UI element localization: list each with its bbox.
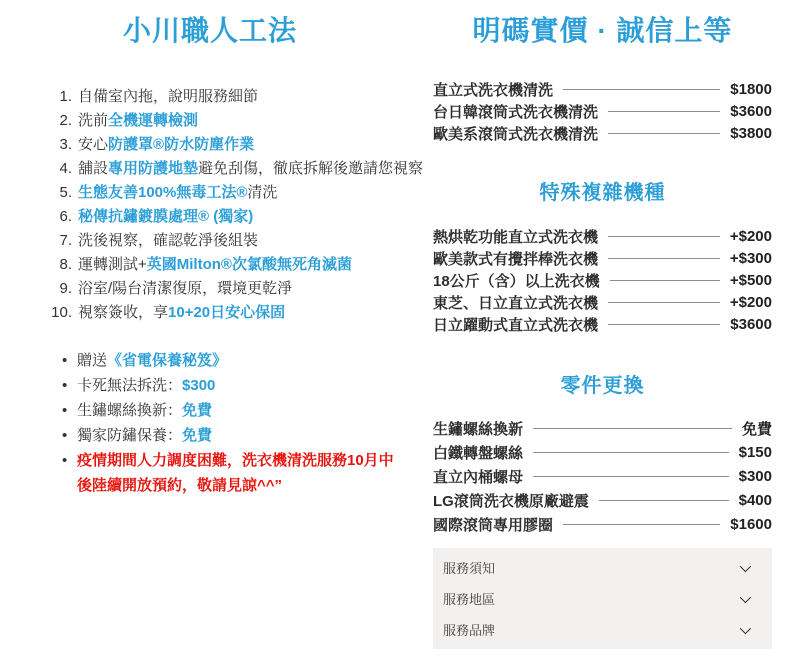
price-value: +$500 (730, 272, 772, 289)
method-step: 3. 安心防護罩®防水防塵作業 (44, 133, 420, 157)
step-number: 7. (44, 229, 72, 253)
base-price-list: 直立式洗衣機清洗 $1800 台日韓滾筒式洗衣機清洗 $3600 歐美系滾筒式洗… (433, 78, 772, 144)
step-number: 8. (44, 253, 72, 277)
price-label: 18公斤（含）以上洗衣機 (433, 270, 600, 291)
step-text: 自備室內拖，說明服務細節 (78, 85, 258, 109)
method-step: 10. 視察簽收，享10+20日安心保固 (44, 301, 420, 325)
chevron-down-icon (740, 560, 751, 571)
step-text: 舖設專用防護地墊避免刮傷，徹底拆解後邀請您視察 (78, 157, 423, 181)
step-text: 安心防護罩®防水防塵作業 (78, 133, 254, 157)
info-accordion: 服務須知 服務地區 服務品牌 (433, 548, 772, 649)
price-value: $3600 (730, 103, 772, 120)
leader-line (533, 428, 732, 429)
price-label: 東芝、日立直立式洗衣機 (433, 292, 598, 313)
left-column-title: 小川職人工法 (0, 14, 420, 48)
right-column-pricing: 明碼實價 · 誠信上等 直立式洗衣機清洗 $1800 台日韓滾筒式洗衣機清洗 $… (433, 0, 772, 649)
leader-line (608, 258, 720, 259)
pricing-page: 小川職人工法 1. 自備室內拖，說明服務細節 2. 洗前全機運轉檢測 3. 安心… (0, 0, 800, 649)
leader-line (610, 280, 720, 281)
price-row: 歐美系滾筒式洗衣機清洗 $3800 (433, 122, 772, 144)
parts-replacement-list: 生鏽螺絲換新 免費 白鐵轉盤螺絲 $150 直立內桶螺母 $300 LG滾筒洗衣… (433, 416, 772, 536)
step-number: 5. (44, 181, 72, 205)
price-row: 生鏽螺絲換新 免費 (433, 416, 772, 440)
price-row: 白鐵轉盤螺絲 $150 (433, 440, 772, 464)
step-text: 浴室/陽台清潔復原，環境更乾淨 (78, 277, 292, 301)
price-value: $3800 (730, 125, 772, 142)
price-value: $150 (739, 444, 772, 461)
price-row: 直立內桶螺母 $300 (433, 464, 772, 488)
step-number: 3. (44, 133, 72, 157)
price-row: LG滾筒洗衣機原廠避震 $400 (433, 488, 772, 512)
note-item: 贈送《省電保養秘笈》 (62, 348, 405, 373)
method-step: 4. 舖設專用防護地墊避免刮傷，徹底拆解後邀請您視察 (44, 157, 420, 181)
price-value: +$300 (730, 250, 772, 267)
method-step: 6. 秘傳抗鏽鍍膜處理® (獨家) (44, 205, 420, 229)
leader-line (608, 324, 720, 325)
price-label: LG滾筒洗衣機原廠避震 (433, 490, 589, 511)
leader-line (599, 500, 729, 501)
leader-line (563, 89, 720, 90)
method-step: 7. 洗後視察，確認乾淨後組裝 (44, 229, 420, 253)
price-row: 東芝、日立直立式洗衣機 +$200 (433, 291, 772, 313)
method-step: 1. 自備室內拖，說明服務細節 (44, 85, 420, 109)
note-item: 卡死無法拆洗：$300 (62, 373, 405, 398)
leader-line (608, 236, 720, 237)
step-number: 1. (44, 85, 72, 109)
price-label: 日立躍動式直立式洗衣機 (433, 314, 598, 335)
step-text: 秘傳抗鏽鍍膜處理® (獨家) (78, 205, 253, 229)
step-text: 洗前全機運轉檢測 (78, 109, 198, 133)
price-label: 直立內桶螺母 (433, 466, 523, 487)
leader-line (563, 524, 720, 525)
price-row: 18公斤（含）以上洗衣機 +$500 (433, 269, 772, 291)
step-number: 9. (44, 277, 72, 301)
price-row: 國際滾筒專用膠圈 $1600 (433, 512, 772, 536)
price-row: 台日韓滾筒式洗衣機清洗 $3600 (433, 100, 772, 122)
price-value: $300 (739, 468, 772, 485)
method-step: 9. 浴室/陽台清潔復原，環境更乾淨 (44, 277, 420, 301)
note-item: 獨家防鏽保養：免費 (62, 423, 405, 448)
accordion-item-service-brands[interactable]: 服務品牌 (433, 614, 772, 645)
accordion-item-service-area[interactable]: 服務地區 (433, 583, 772, 614)
chevron-down-icon (740, 622, 751, 633)
leader-line (533, 452, 729, 453)
price-label: 國際滾筒專用膠圈 (433, 514, 553, 535)
parts-replacement-title: 零件更換 (433, 375, 772, 397)
step-text: 運轉測試+英國Milton®次氯酸無死角滅菌 (78, 253, 352, 277)
chevron-down-icon (740, 591, 751, 602)
accordion-label: 服務地區 (443, 589, 495, 608)
price-row: 直立式洗衣機清洗 $1800 (433, 78, 772, 100)
right-column-title: 明碼實價 · 誠信上等 (433, 14, 772, 48)
leader-line (608, 133, 720, 134)
price-value: $3600 (730, 316, 772, 333)
method-step: 2. 洗前全機運轉檢測 (44, 109, 420, 133)
price-label: 生鏽螺絲換新 (433, 418, 523, 439)
price-label: 直立式洗衣機清洗 (433, 79, 553, 100)
special-models-title: 特殊複雜機種 (433, 182, 772, 204)
price-label: 白鐵轉盤螺絲 (433, 442, 523, 463)
step-text: 生態友善100%無毒工法®清洗 (78, 181, 277, 205)
step-text: 視察簽收，享10+20日安心保固 (78, 301, 285, 325)
step-number: 10. (44, 301, 72, 325)
price-label: 歐美款式有攪拌棒洗衣機 (433, 248, 598, 269)
accordion-label: 服務須知 (443, 558, 495, 577)
price-value: $1800 (730, 81, 772, 98)
left-column-method: 小川職人工法 1. 自備室內拖，說明服務細節 2. 洗前全機運轉檢測 3. 安心… (0, 0, 420, 649)
price-row: 熱烘乾功能直立式洗衣機 +$200 (433, 225, 772, 247)
step-text: 洗後視察，確認乾淨後組裝 (78, 229, 258, 253)
price-row: 日立躍動式直立式洗衣機 $3600 (433, 313, 772, 335)
price-value: +$200 (730, 228, 772, 245)
step-number: 2. (44, 109, 72, 133)
accordion-item-service-notes[interactable]: 服務須知 (433, 552, 772, 583)
note-item-covid-notice: 疫情期間人力調度困難，洗衣機清洗服務10月中後陸續開放預約，敬請見諒^^” (62, 448, 405, 498)
price-value: +$200 (730, 294, 772, 311)
leader-line (533, 476, 729, 477)
method-step: 8. 運轉測試+英國Milton®次氯酸無死角滅菌 (44, 253, 420, 277)
price-value: $1600 (730, 516, 772, 533)
note-item: 生鏽螺絲換新：免費 (62, 398, 405, 423)
special-models-list: 熱烘乾功能直立式洗衣機 +$200 歐美款式有攪拌棒洗衣機 +$300 18公斤… (433, 225, 772, 335)
method-step: 5. 生態友善100%無毒工法®清洗 (44, 181, 420, 205)
price-label: 台日韓滾筒式洗衣機清洗 (433, 101, 598, 122)
step-number: 4. (44, 157, 72, 181)
price-value: $400 (739, 492, 772, 509)
step-number: 6. (44, 205, 72, 229)
method-steps-list: 1. 自備室內拖，說明服務細節 2. 洗前全機運轉檢測 3. 安心防護罩®防水防… (0, 85, 420, 325)
leader-line (608, 302, 720, 303)
price-row: 歐美款式有攪拌棒洗衣機 +$300 (433, 247, 772, 269)
price-value: 免費 (742, 418, 772, 439)
notes-list: 贈送《省電保養秘笈》 卡死無法拆洗：$300 生鏽螺絲換新：免費 獨家防鏽保養：… (0, 348, 405, 498)
leader-line (608, 111, 720, 112)
accordion-label: 服務品牌 (443, 620, 495, 639)
price-label: 熱烘乾功能直立式洗衣機 (433, 226, 598, 247)
price-label: 歐美系滾筒式洗衣機清洗 (433, 123, 598, 144)
